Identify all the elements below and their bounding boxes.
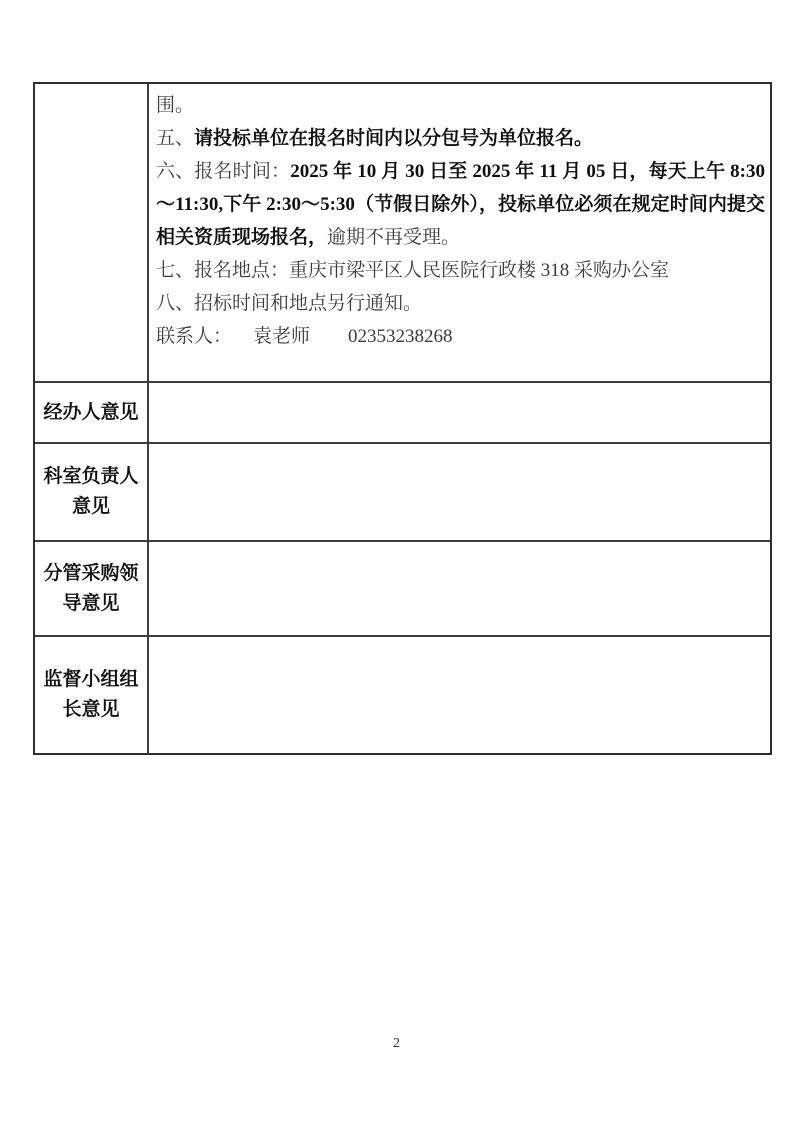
- paragraph-contact: 联系人：袁老师02353238268: [156, 320, 765, 353]
- row-label: 分管采购领导意见: [42, 559, 141, 619]
- opinion-blank-cell: [149, 383, 770, 442]
- row-label: 科室负责人意见: [42, 462, 141, 522]
- text-run: 七、报名地点：重庆市梁平区人民医院行政楼 318 采购办公室: [156, 260, 669, 281]
- row-notice-continuation: 围。 五、请投标单位在报名时间内以分包号为单位报名。 六、报名时间：2025 年…: [35, 84, 770, 381]
- notice-content-cell: 围。 五、请投标单位在报名时间内以分包号为单位报名。 六、报名时间：2025 年…: [149, 84, 770, 381]
- approval-table: 围。 五、请投标单位在报名时间内以分包号为单位报名。 六、报名时间：2025 年…: [33, 82, 772, 755]
- text-run: 五、: [156, 128, 194, 149]
- text-run: 六、报名时间：: [156, 161, 290, 182]
- paragraph-continuation: 围。: [156, 89, 765, 122]
- notice-row-label-cell-empty: [35, 84, 149, 381]
- opinion-blank-cell: [149, 444, 770, 540]
- row-label-cell: 分管采购领导意见: [35, 542, 149, 635]
- row-procurement-leader-opinion: 分管采购领导意见: [35, 540, 770, 635]
- row-handler-opinion: 经办人意见: [35, 381, 770, 442]
- opinion-blank-cell: [149, 637, 770, 753]
- row-label-cell: 监督小组组长意见: [35, 637, 149, 753]
- text-run-bold: 请投标单位在报名时间内以分包号为单位报名。: [194, 128, 593, 149]
- paragraph-item-6: 六、报名时间：2025 年 10 月 30 日至 2025 年 11 月 05 …: [156, 155, 765, 254]
- paragraph-item-8: 八、招标时间和地点另行通知。: [156, 287, 765, 320]
- contact-person: 袁老师: [253, 326, 310, 347]
- paragraph-item-5: 五、请投标单位在报名时间内以分包号为单位报名。: [156, 122, 765, 155]
- row-supervision-group-leader-opinion: 监督小组组长意见: [35, 635, 770, 753]
- row-label: 经办人意见: [42, 398, 141, 428]
- opinion-blank-cell: [149, 542, 770, 635]
- notice-text-block: 围。 五、请投标单位在报名时间内以分包号为单位报名。 六、报名时间：2025 年…: [149, 84, 770, 353]
- text-run: 八、招标时间和地点另行通知。: [156, 293, 422, 314]
- paragraph-item-7: 七、报名地点：重庆市梁平区人民医院行政楼 318 采购办公室: [156, 254, 765, 287]
- contact-label: 联系人：: [156, 326, 232, 347]
- document-page: 围。 五、请投标单位在报名时间内以分包号为单位报名。 六、报名时间：2025 年…: [0, 0, 793, 1122]
- text-run: 逾期不再受理。: [327, 227, 460, 248]
- row-label-cell: 科室负责人意见: [35, 444, 149, 540]
- contact-phone: 02353238268: [348, 326, 453, 347]
- row-label: 监督小组组长意见: [42, 665, 141, 725]
- row-label-cell: 经办人意见: [35, 383, 149, 442]
- page-number: 2: [0, 1036, 793, 1052]
- row-department-head-opinion: 科室负责人意见: [35, 442, 770, 540]
- text-run: 围。: [156, 95, 194, 116]
